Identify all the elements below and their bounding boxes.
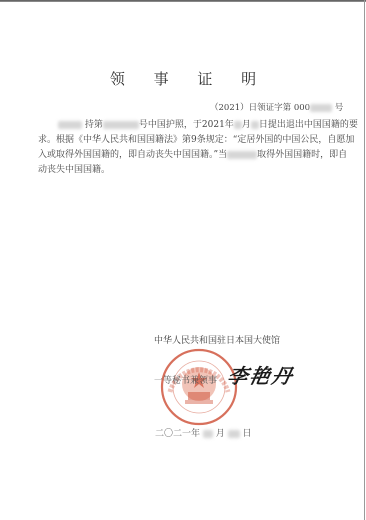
doc-number-suffix: 号 — [335, 103, 344, 113]
body-line-2: 求。根据《中华人民共和国国籍法》第9条规定：“定居外国的中国公民，自愿加 — [38, 133, 338, 148]
redacted-passport-number — [103, 121, 139, 129]
redacted-month — [203, 430, 213, 438]
signatory-title: 一等秘书兼领事 — [154, 373, 217, 386]
body-line-3: 入或取得外国国籍的，即自动丧失中国国籍。”当取得外国国籍时，即自 — [38, 148, 338, 163]
redacted-name — [227, 151, 257, 159]
doc-number-prefix: （2021）日领证字第 000 — [210, 103, 310, 113]
issuing-embassy: 中华人民共和国驻日本国大使馆 — [154, 333, 280, 346]
redacted-day — [228, 430, 240, 438]
document-number: （2021）日领证字第 000 号 — [210, 101, 343, 113]
redacted-name — [58, 121, 82, 129]
body-line-1: 持第号中国护照，于2021年月日提出退出中国国籍的要 — [38, 118, 338, 133]
redacted-day — [251, 121, 259, 129]
document-title: 领 事 证 明 — [0, 68, 366, 89]
redacted-number — [310, 104, 332, 112]
redacted-month — [234, 121, 242, 129]
handwritten-signature: 李艳丹 — [225, 360, 297, 389]
body-line-4: 动丧失中国国籍。 — [38, 163, 338, 178]
certificate-page: 领 事 证 明 （2021）日领证字第 000 号 持第号中国护照，于2021年… — [0, 0, 366, 520]
certificate-body: 持第号中国护照，于2021年月日提出退出中国国籍的要 求。根据《中华人民共和国国… — [38, 118, 338, 178]
issue-date: 二〇二一年 月 日 — [155, 426, 252, 439]
